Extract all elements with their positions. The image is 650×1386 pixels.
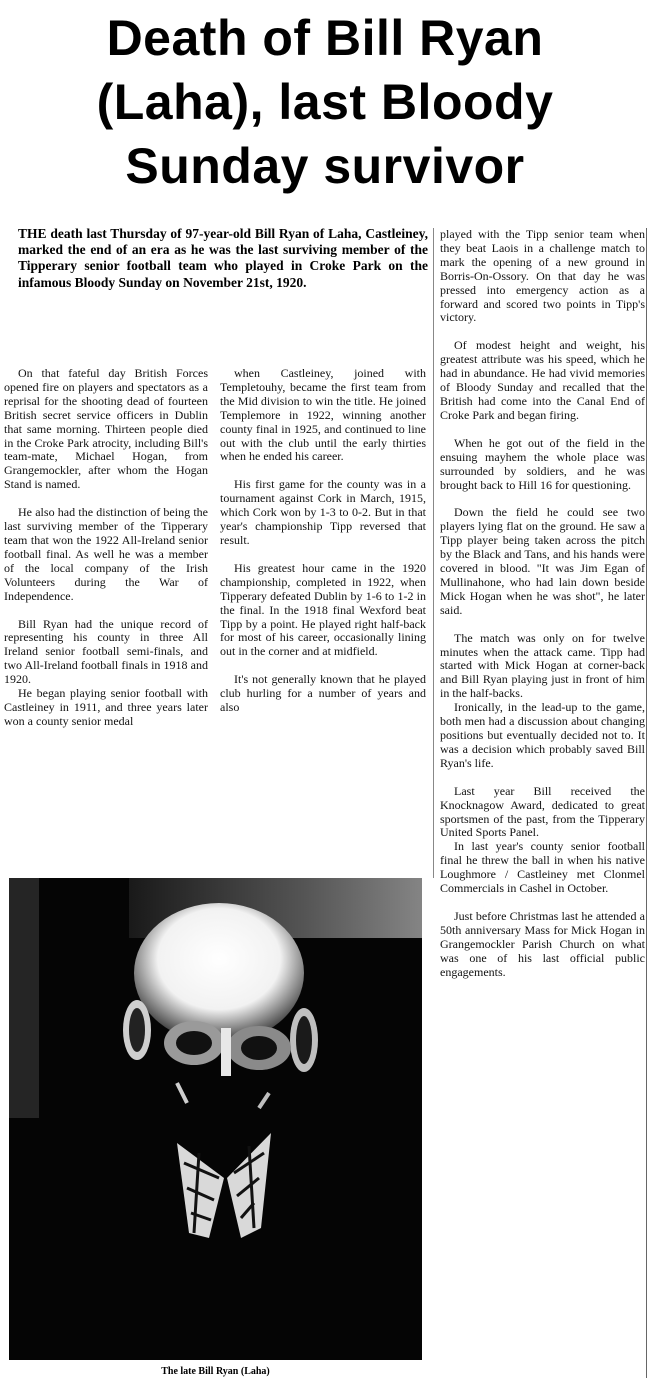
paragraph: When he got out of the field in the ensu…: [440, 437, 645, 493]
portrait-photo: [9, 878, 422, 1360]
headline-line-1: Death of Bill Ryan: [0, 6, 650, 70]
paragraph: Bill Ryan had the unique record of repre…: [4, 618, 208, 688]
article-column-3: played with the Tipp senior team when th…: [440, 228, 645, 994]
paragraph: He also had the distinction of being the…: [4, 506, 208, 603]
paragraph: played with the Tipp senior team when th…: [440, 228, 645, 325]
paragraph: In last year's county senior football fi…: [440, 840, 645, 896]
paragraph: when Castleiney, joined with Templetouhy…: [220, 367, 426, 464]
paragraph: His greatest hour came in the 1920 champ…: [220, 562, 426, 659]
column-divider: [433, 228, 434, 878]
headline-line-3: Sunday survivor: [0, 134, 650, 198]
headline: Death of Bill Ryan (Laha), last Bloody S…: [0, 6, 650, 198]
column-divider: [646, 228, 647, 1378]
headline-line-2: (Laha), last Bloody: [0, 70, 650, 134]
paragraph: It's not generally known that he played …: [220, 673, 426, 715]
paragraph: Of modest height and weight, his greates…: [440, 339, 645, 422]
portrait-image-icon: [9, 878, 422, 1360]
photo-caption: The late Bill Ryan (Laha): [9, 1366, 422, 1377]
paragraph: On that fateful day British Forces opene…: [4, 367, 208, 492]
paragraph: His first game for the county was in a t…: [220, 478, 426, 548]
article-column-2: when Castleiney, joined with Templetouhy…: [220, 367, 426, 729]
paragraph: Ironically, in the lead-up to the game, …: [440, 701, 645, 771]
article-lede: THE death last Thursday of 97-year-old B…: [18, 226, 428, 291]
paragraph: He began playing senior football with Ca…: [4, 687, 208, 729]
paragraph: Down the field he could see two players …: [440, 506, 645, 617]
paragraph: The match was only on for twelve minutes…: [440, 632, 645, 702]
paragraph: Just before Christmas last he attended a…: [440, 910, 645, 980]
article-column-1: On that fateful day British Forces opene…: [4, 367, 208, 743]
paragraph: Last year Bill received the Knocknagow A…: [440, 785, 645, 841]
